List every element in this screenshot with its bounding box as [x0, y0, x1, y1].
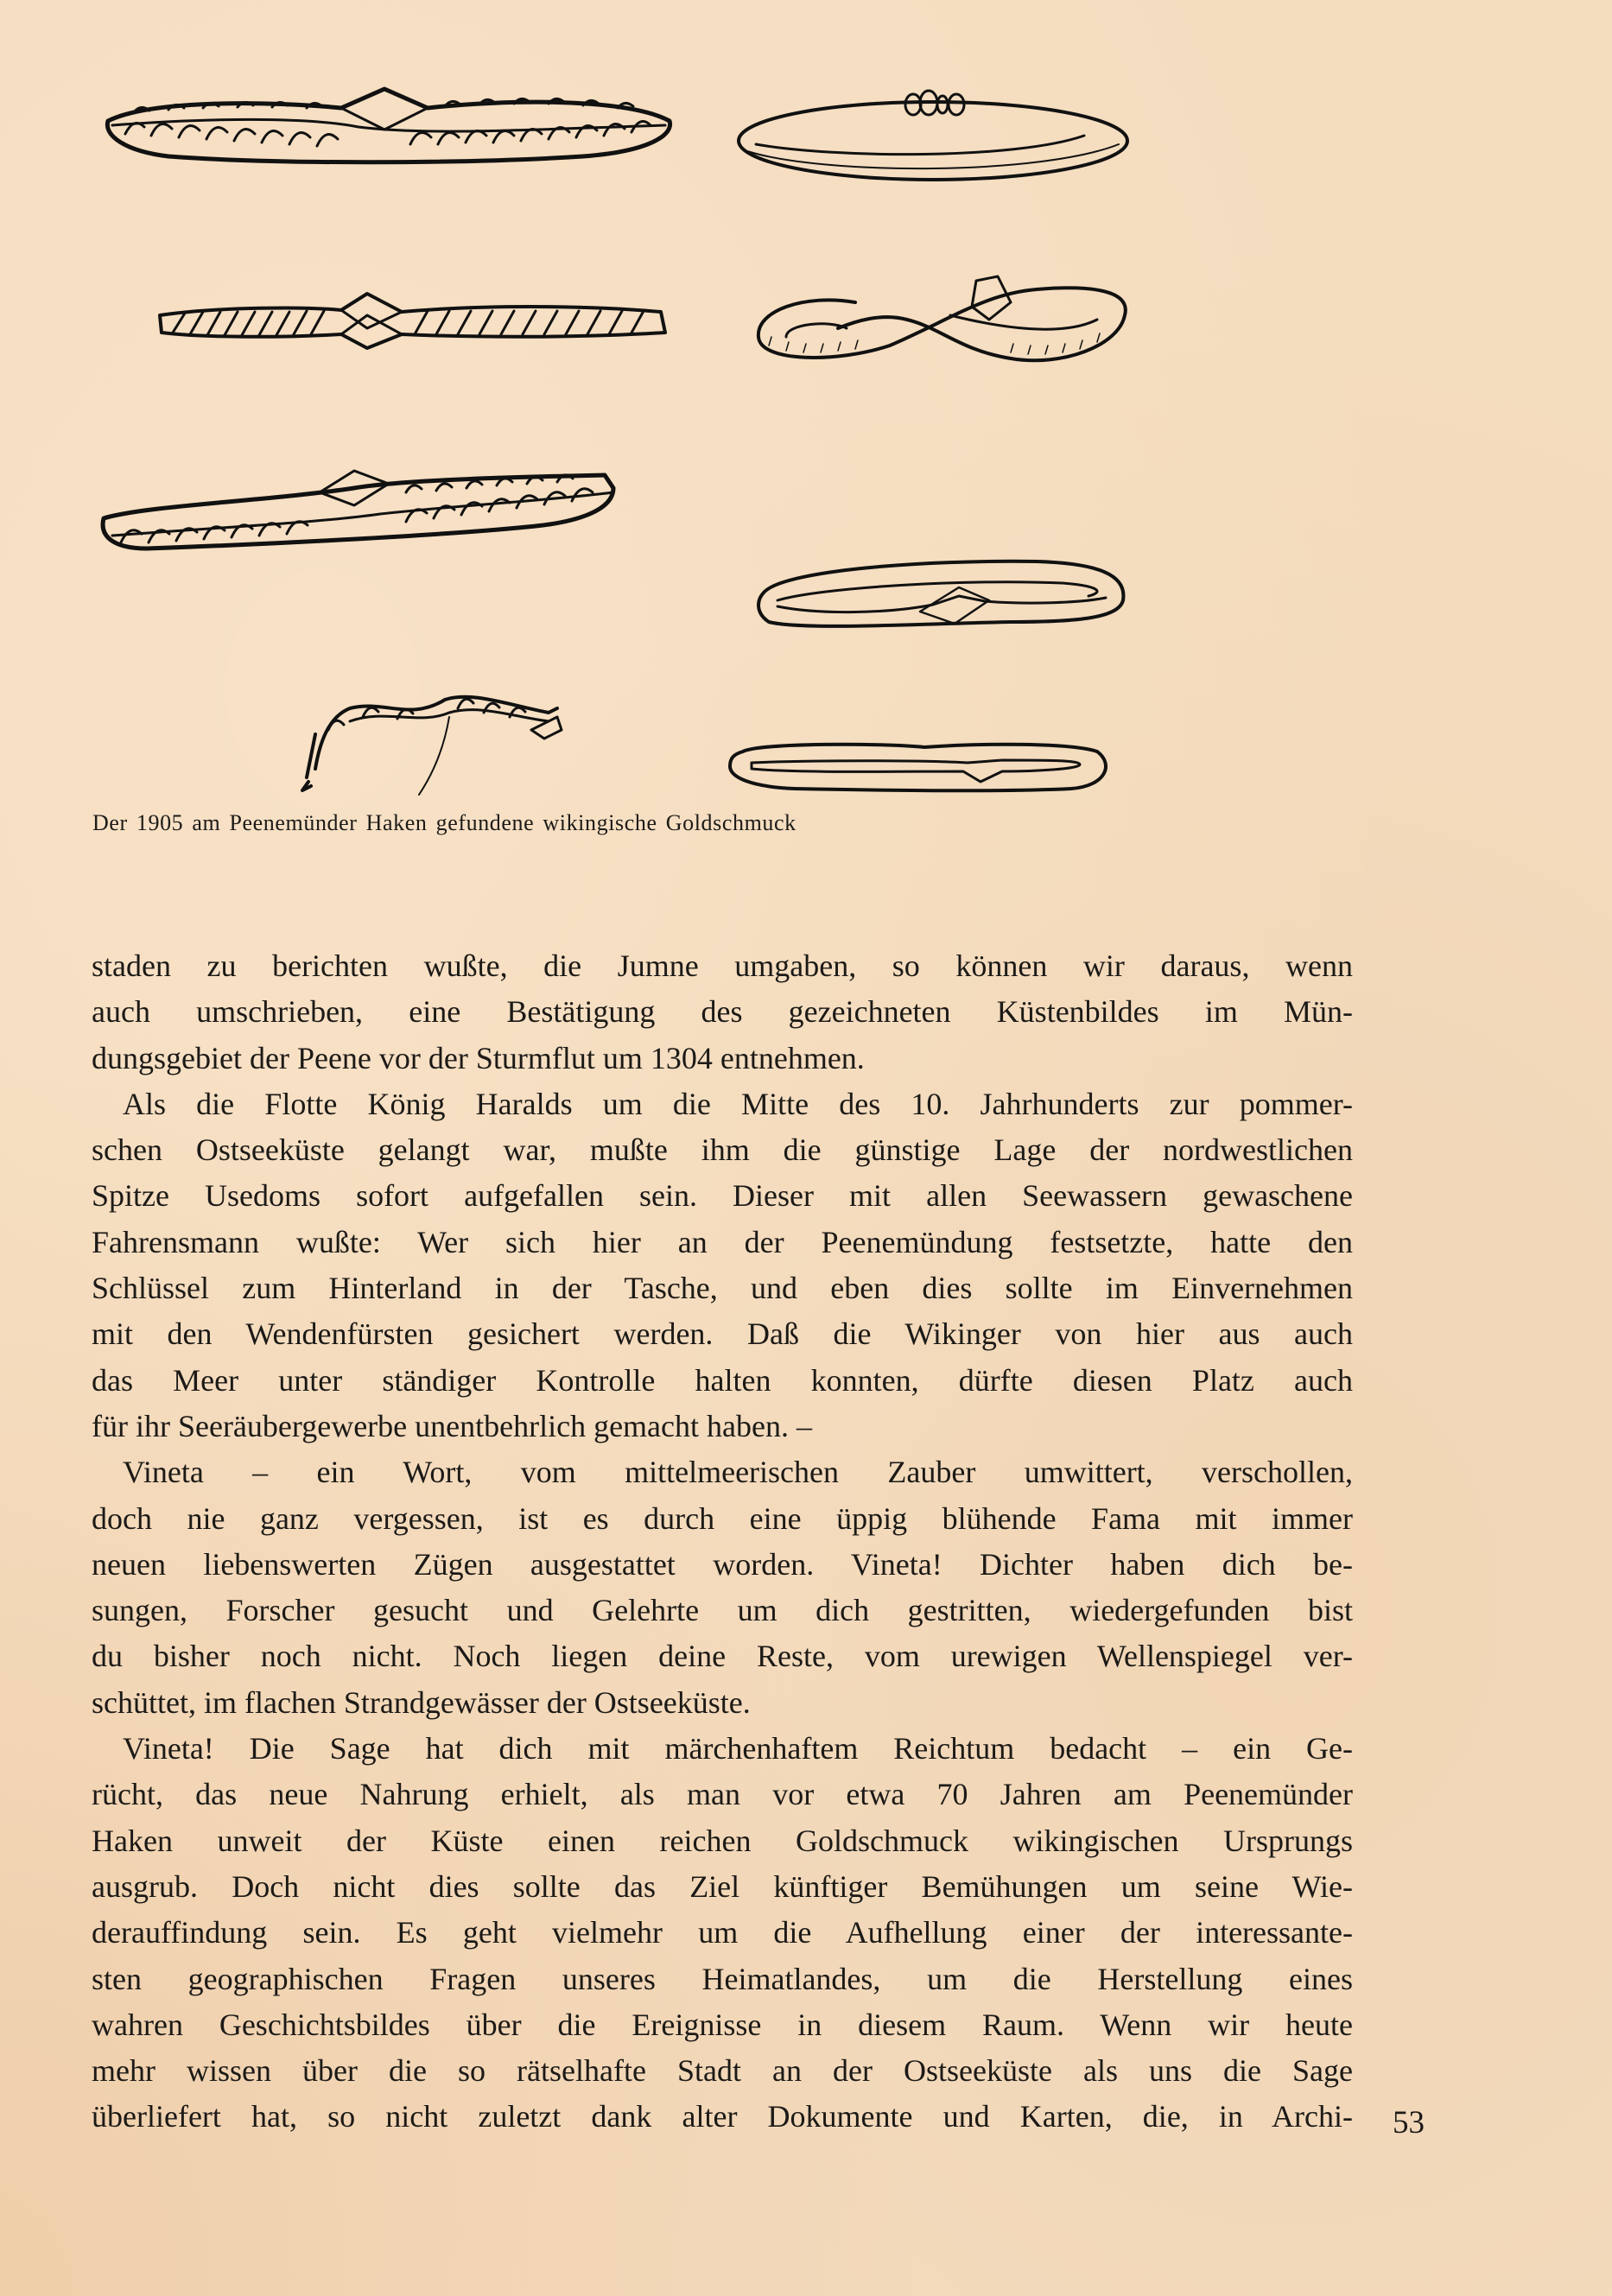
text-line: mit den Wendenfürsten gesichert werden. …: [92, 1311, 1353, 1357]
text-line: Als die Flotte König Haralds um die Mitt…: [92, 1081, 1353, 1127]
text-line: für ihr Seeräubergewerbe unentbehrlich g…: [92, 1404, 1353, 1449]
figure-eight-ring-drawing: [752, 268, 1132, 371]
text-line: überliefert hat, so nicht zuletzt dank a…: [92, 2094, 1353, 2140]
paragraph: Vineta – ein Wort, vom mittelmeerischen …: [92, 1449, 1353, 1726]
text-line: mehr wissen über die so rätselhafte Stad…: [92, 2048, 1353, 2094]
text-line: doch nie ganz vergessen, ist es durch ei…: [92, 1496, 1353, 1542]
paragraph: staden zu berichten wußte, die Jumne umg…: [92, 943, 1353, 1081]
figure-caption: Der 1905 am Peenemünder Haken gefundene …: [92, 810, 796, 836]
text-line: Vineta! Die Sage hat dich mit märchenhaf…: [92, 1726, 1353, 1772]
text-line: dungsgebiet der Peene vor der Sturmflut …: [92, 1036, 1353, 1081]
page-number: 53: [1393, 2100, 1425, 2146]
oval-ring-drawing: [752, 553, 1132, 639]
text-line: rücht, das neue Nahrung erhielt, als man…: [92, 1772, 1353, 1817]
paragraph: Als die Flotte König Haralds um die Mitt…: [92, 1081, 1353, 1449]
text-line: neuen liebenswerten Zügen ausgestattet w…: [92, 1542, 1353, 1588]
text-line: Vineta – ein Wort, vom mittelmeerischen …: [92, 1449, 1353, 1495]
text-line: sten geographischen Fragen unseres Heima…: [92, 1957, 1353, 2002]
text-line: Haken unweit der Küste einen reichen Gol…: [92, 1818, 1353, 1864]
text-line: Spitze Usedoms sofort aufgefallen sein. …: [92, 1173, 1353, 1219]
paragraph: Vineta! Die Sage hat dich mit märchenhaf…: [92, 1726, 1353, 2141]
text-line: derauffindung sein. Es geht vielmehr um …: [92, 1910, 1353, 1956]
text-line: sungen, Forscher gesucht und Gelehrte um…: [92, 1588, 1353, 1633]
broken-ring-fragment-drawing: [298, 682, 583, 803]
twisted-ring-small-drawing: [151, 289, 670, 354]
text-line: ausgrub. Doch nicht dies sollte das Ziel…: [92, 1864, 1353, 1910]
text-line: auch umschrieben, eine Bestätigung des g…: [92, 989, 1353, 1035]
text-line: schüttet, im flachen Strandgewässer der …: [92, 1680, 1353, 1726]
text-line: schen Ostseeküste gelangt war, mußte ihm…: [92, 1127, 1353, 1173]
text-line: staden zu berichten wußte, die Jumne umg…: [92, 943, 1353, 989]
body-text: staden zu berichten wußte, die Jumne umg…: [92, 943, 1353, 2141]
text-line: wahren Geschichtsbildes über die Ereigni…: [92, 2002, 1353, 2048]
text-line: Schlüssel zum Hinterland in der Tasche, …: [92, 1265, 1353, 1311]
braided-ring-drawing: [95, 466, 639, 553]
text-line: du bisher noch nicht. Noch liegen deine …: [92, 1633, 1353, 1679]
flat-oval-ring-drawing: [726, 739, 1114, 808]
jewellery-illustration: [86, 69, 1382, 795]
twisted-ring-large-drawing: [99, 82, 678, 168]
beaded-ring-drawing: [730, 91, 1136, 186]
text-line: Fahrensmann wußte: Wer sich hier an der …: [92, 1220, 1353, 1265]
text-line: das Meer unter ständiger Kontrolle halte…: [92, 1358, 1353, 1404]
